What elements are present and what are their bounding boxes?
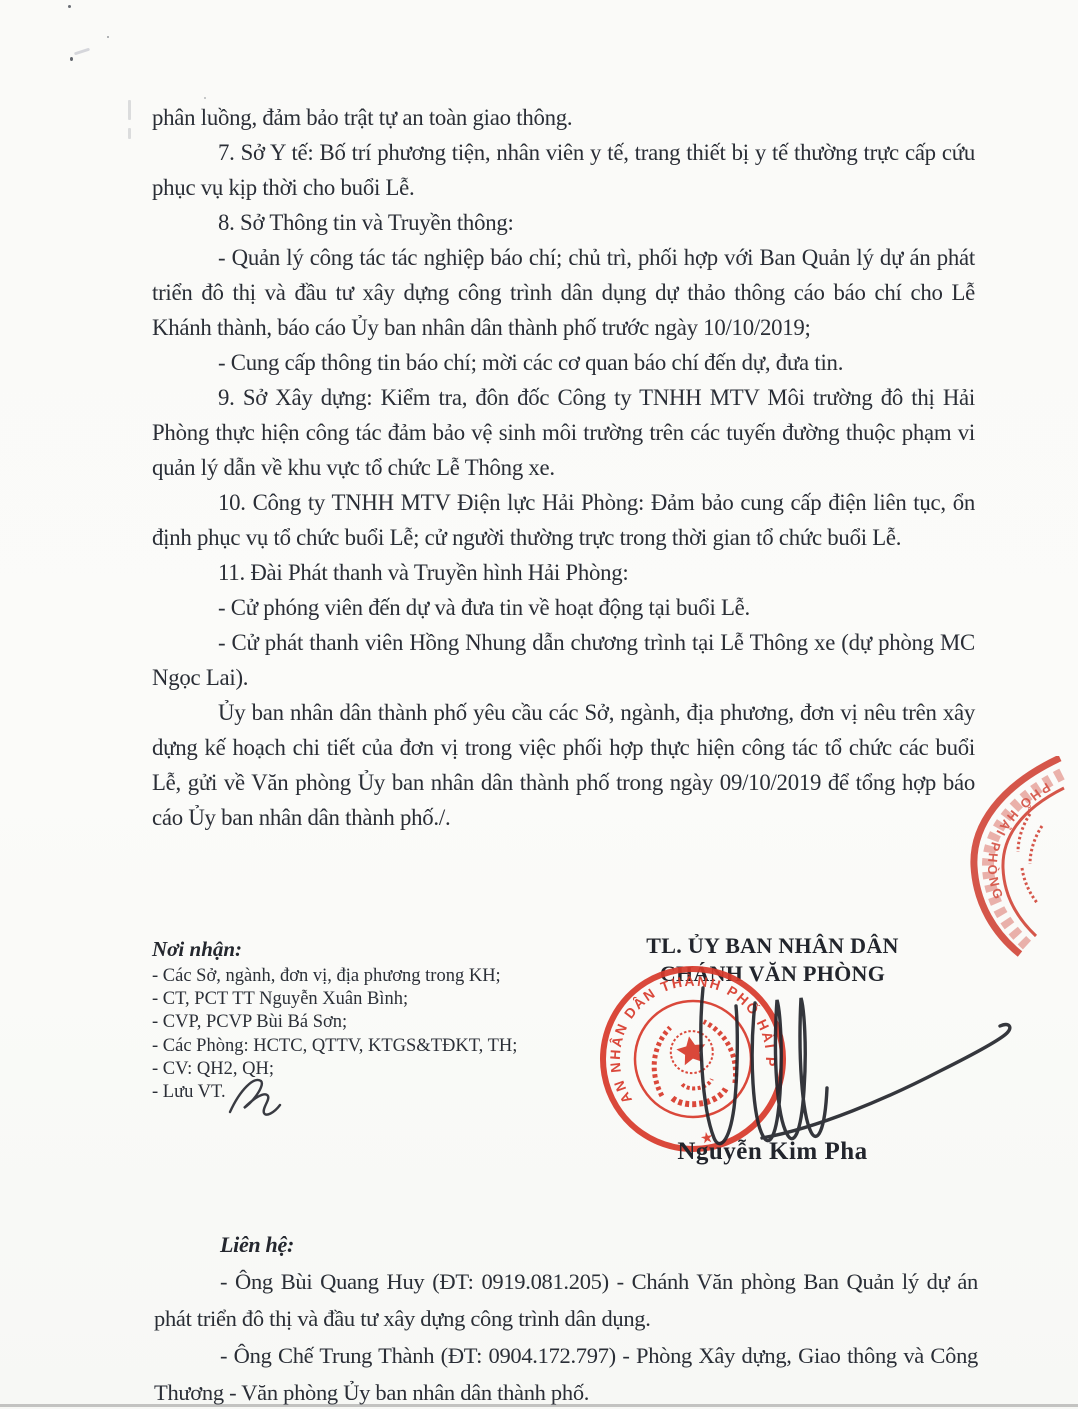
body-paragraph: 10. Công ty TNHH MTV Điện lực Hải Phòng:… (152, 485, 975, 555)
body-paragraph: 8. Sở Thông tin và Truyền thông: (152, 205, 975, 240)
body-paragraph: - Quản lý công tác tác nghiệp báo chí; c… (152, 240, 975, 345)
contact-item: - Ông Bùi Quang Huy (ĐT: 0919.081.205) -… (154, 1263, 978, 1337)
recipient-item: - CT, PCT TT Nguyễn Xuân Bình; (152, 988, 582, 1011)
svg-text:PHỐ HẢI PHÒNG: PHỐ HẢI PHÒNG (985, 780, 1053, 904)
body-paragraph: Ủy ban nhân dân thành phố yêu cầu các Sở… (152, 695, 975, 835)
contact-heading: Liên hệ: (220, 1226, 978, 1263)
recipient-item: - Lưu VT. (152, 1081, 582, 1104)
body-paragraph: - Cử phát thanh viên Hồng Nhung dẫn chươ… (152, 625, 975, 695)
recipients-heading: Nơi nhận: (152, 936, 582, 962)
partial-red-stamp: PHỐ HẢI PHÒNG (960, 756, 1078, 982)
recipient-item: - Các Sở, ngành, đơn vị, địa phương tron… (152, 965, 582, 988)
body-paragraph: phân luồng, đảm bảo trật tự an toàn giao… (152, 100, 975, 135)
signer-name: Nguyễn Kim Pha (600, 1138, 945, 1166)
scan-edge-artifact (128, 128, 131, 139)
recipients-list: - Các Sở, ngành, đơn vị, địa phương tron… (152, 965, 582, 1104)
scan-edge-artifact (128, 100, 131, 120)
scanned-document-page: phân luồng, đảm bảo trật tự an toàn giao… (0, 0, 1078, 1409)
body-paragraph: 11. Đài Phát thanh và Truyền hình Hải Ph… (152, 555, 975, 590)
contact-item: - Ông Chế Trung Thành (ĐT: 0904.172.797)… (154, 1337, 978, 1409)
recipient-item: - CVP, PCVP Bùi Bá Sơn; (152, 1011, 582, 1034)
body-paragraph: 9. Sở Xây dựng: Kiểm tra, đôn đốc Công t… (152, 380, 975, 485)
scan-speck (70, 57, 73, 61)
body-paragraph: 7. Sở Y tế: Bố trí phương tiện, nhân viê… (152, 135, 975, 205)
scan-speck (68, 5, 71, 8)
recipient-item: - CV: QH2, QH; (152, 1058, 582, 1081)
body-paragraph: - Cử phóng viên đến dự và đưa tin về hoạ… (152, 590, 975, 625)
body-paragraph: - Cung cấp thông tin báo chí; mời các cơ… (152, 345, 975, 380)
partial-stamp-text: PHỐ HẢI PHÒNG (985, 780, 1053, 904)
handwritten-initial (224, 1072, 296, 1122)
contact-list: - Ông Bùi Quang Huy (ĐT: 0919.081.205) -… (154, 1263, 978, 1409)
scan-speck (107, 36, 109, 38)
contact-block: Liên hệ: - Ông Bùi Quang Huy (ĐT: 0919.0… (154, 1226, 978, 1409)
scan-speck (204, 97, 206, 99)
scan-smudge (74, 48, 90, 56)
recipients-block: Nơi nhận: - Các Sở, ngành, đơn vị, địa p… (152, 936, 582, 1104)
recipient-item: - Các Phòng: HCTC, QTTV, KTGS&TĐKT, TH; (152, 1035, 582, 1058)
document-body: phân luồng, đảm bảo trật tự an toàn giao… (152, 100, 975, 835)
